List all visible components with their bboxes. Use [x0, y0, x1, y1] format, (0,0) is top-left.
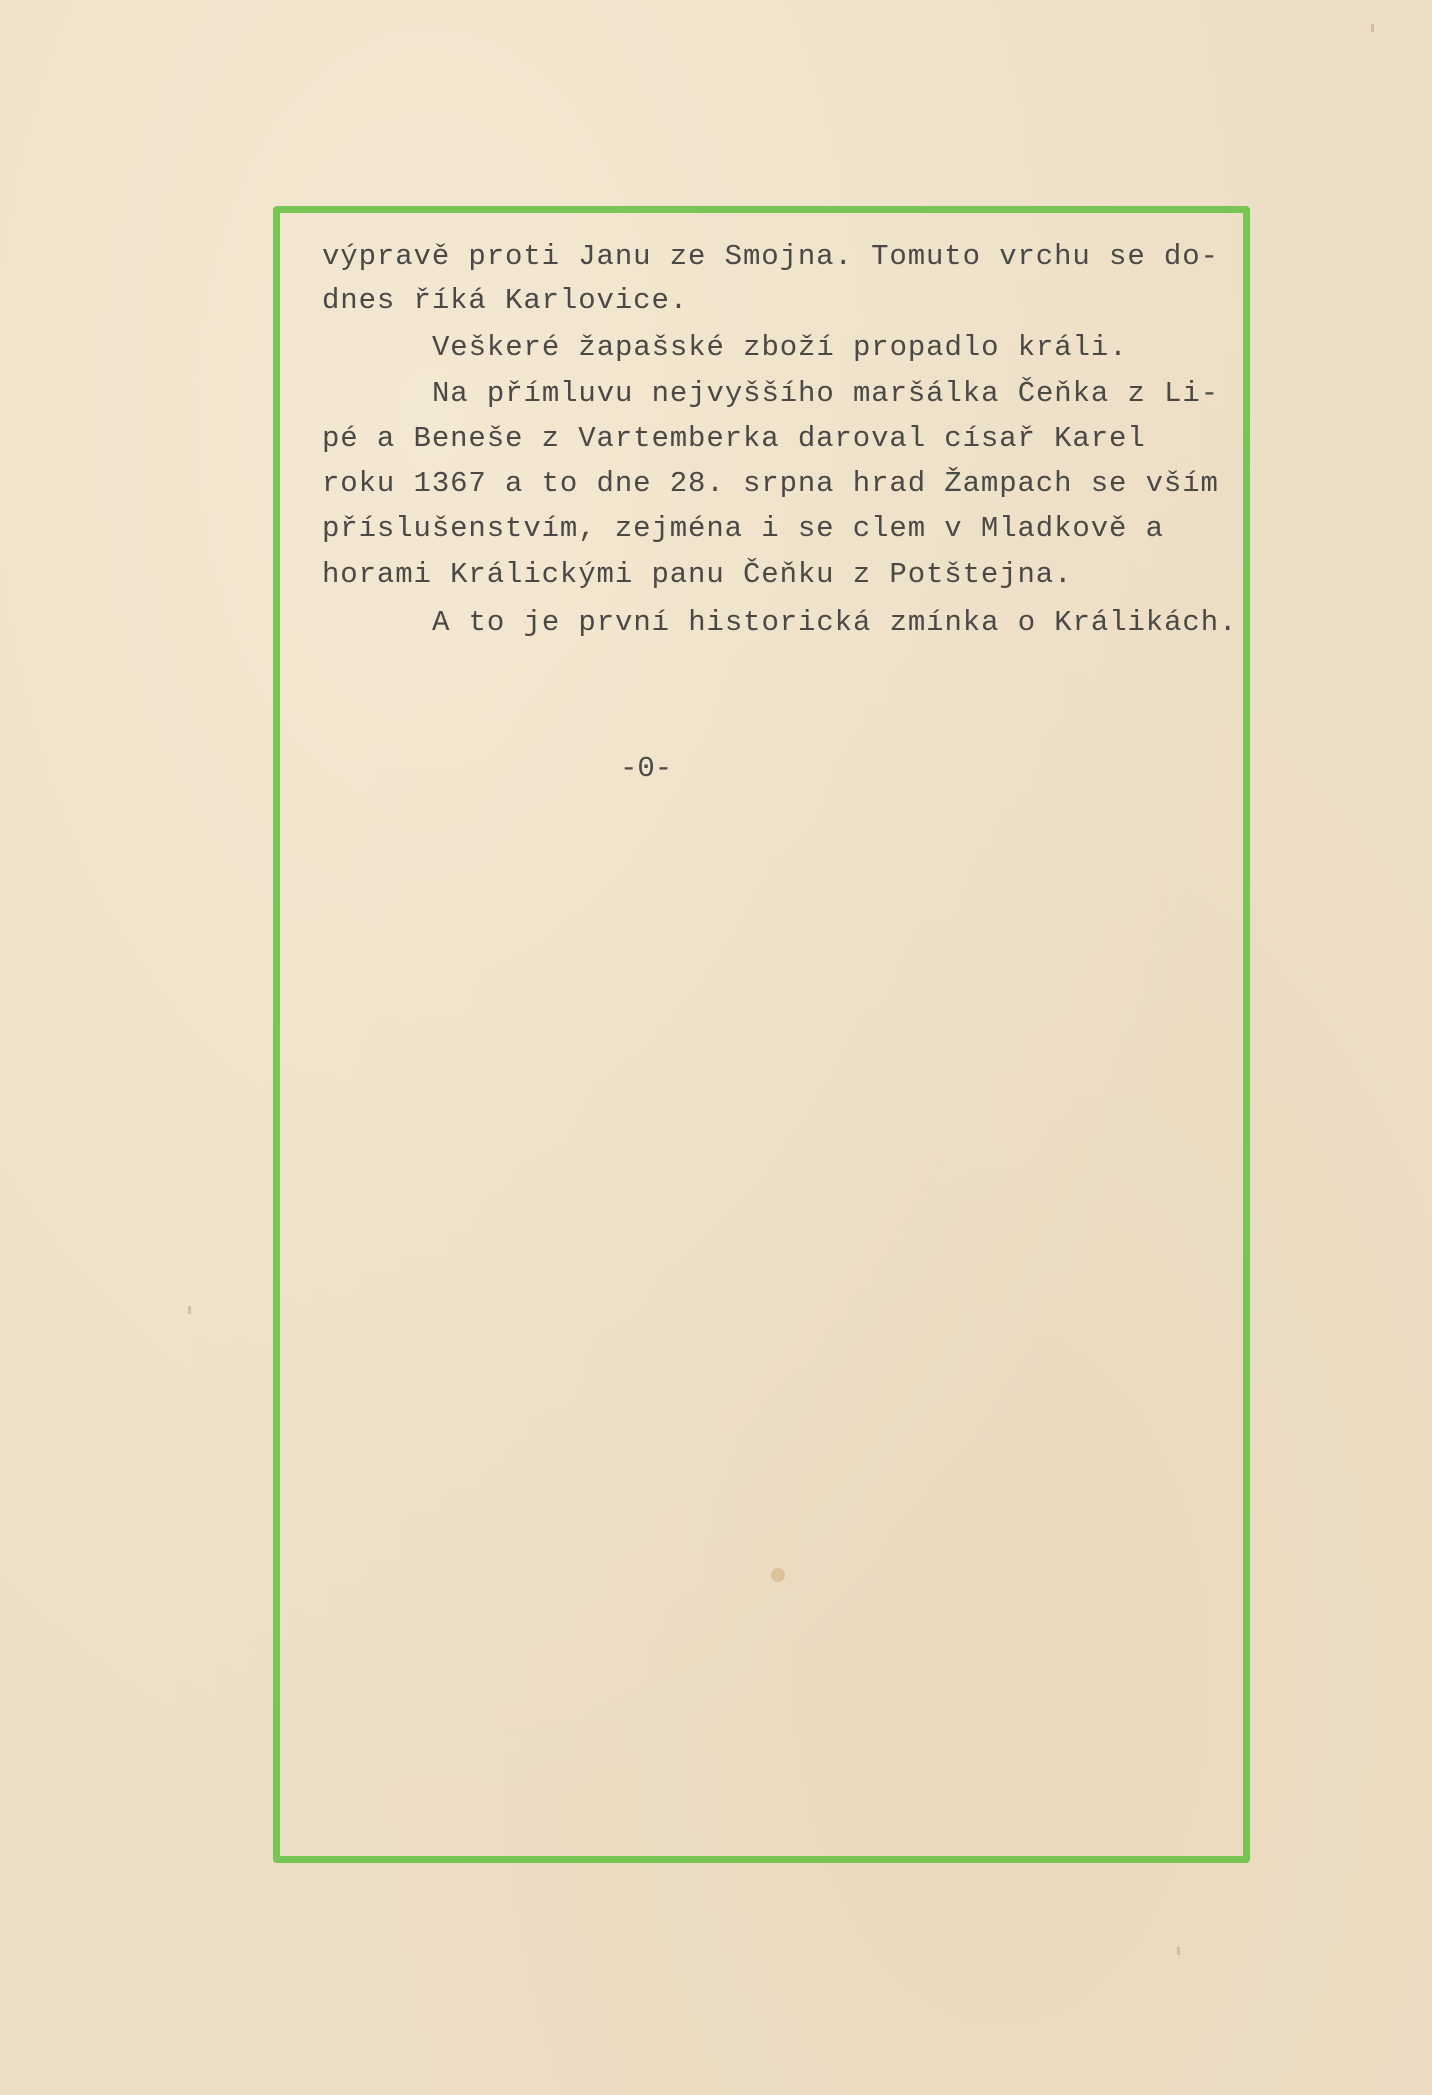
section-separator: -0-: [620, 752, 672, 786]
text-line-4: Na přímluvu nejvyššího maršálka Čeňka z …: [432, 377, 1219, 411]
text-line-6: roku 1367 a to dne 28. srpna hrad Žampac…: [322, 467, 1219, 501]
text-line-2: dnes říká Karlovice.: [322, 284, 688, 318]
paper-speck: [1371, 24, 1374, 32]
text-line-5: pé a Beneše z Vartemberka daroval císař …: [322, 422, 1146, 456]
paper-blemish: [771, 1568, 785, 1582]
text-line-8: horami Králickými panu Čeňku z Potštejna…: [322, 558, 1072, 592]
paper-speck: [1177, 1947, 1180, 1955]
text-line-3: Veškeré žapašské zboží propadlo králi.: [432, 331, 1128, 365]
text-line-1: výpravě proti Janu ze Smojna. Tomuto vrc…: [322, 240, 1219, 274]
paper-speck: [188, 1306, 191, 1314]
text-line-7: příslušenstvím, zejména i se clem v Mlad…: [322, 512, 1164, 546]
text-line-9: A to je první historická zmínka o Králik…: [432, 606, 1237, 640]
